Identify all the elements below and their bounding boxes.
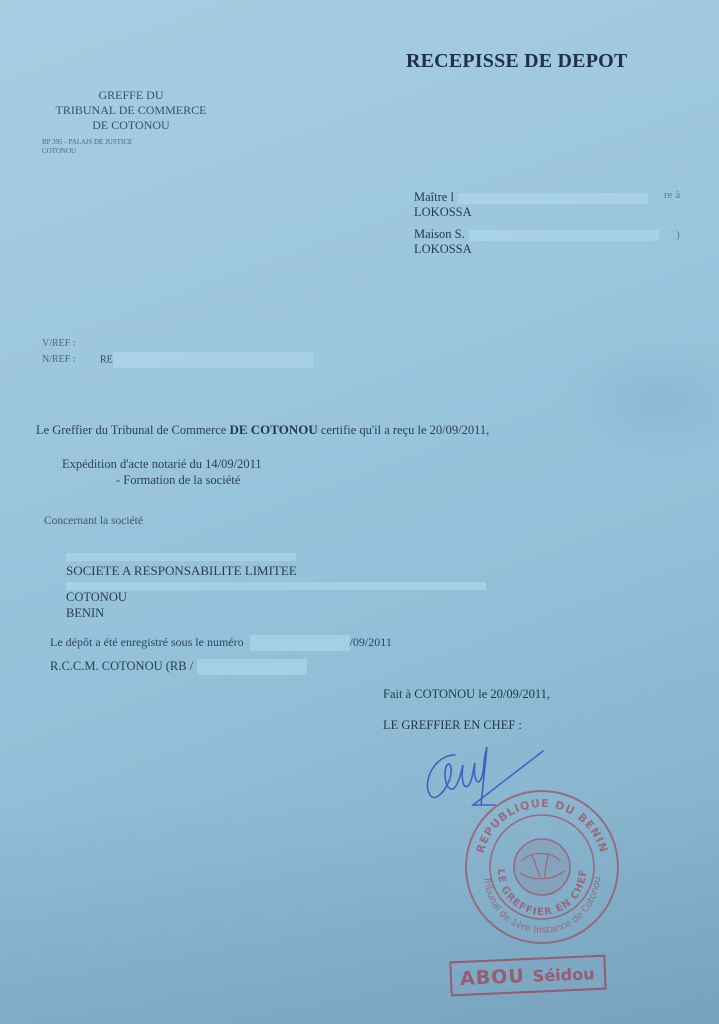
redaction [66,582,486,590]
redaction [197,659,307,675]
registration-text: Le dépôt a été enregistré sous le numéro [50,635,244,649]
company-type: SOCIETE A RESPONSABILITE LIMITEE [66,553,486,590]
deed-line: - Formation de la société [62,472,262,488]
deed-details: Expédition d'acte notarié du 14/09/2011 … [62,456,262,488]
company-country: BENIN [66,605,127,621]
recipient-line: LOKOSSA [414,242,659,257]
stamp-surname: ABOU [460,965,526,990]
issuer-line: GREFFE DU [36,88,226,103]
seal-emblem [514,839,570,895]
recipient-block: Maître l LOKOSSA Maison S. LOKOSSA [414,190,659,264]
place-date: Fait à COTONOU le 20/09/2011, [383,687,550,702]
company-city: COTONOU [66,589,127,605]
rccm-text: R.C.C.M. COTONOU (RB / [50,659,193,673]
nref-label: N/REF : [42,352,100,368]
redaction [113,352,313,368]
document-title: RECEPISSE DE DEPOT [406,50,627,73]
deed-line: Expédition d'acte notarié du 14/09/2011 [62,456,262,472]
redaction [469,230,659,241]
registration-line: Le dépôt a été enregistré sous le numéro… [50,635,392,651]
recipient-line: Maison S. [414,227,465,241]
certification-statement: Le Greffier du Tribunal de Commerce DE C… [36,422,489,438]
issuer-line: TRIBUNAL DE COMMERCE [36,103,226,118]
certification-suffix: certifie qu'il a reçu le 20/09/2011, [321,423,489,437]
certification-court: DE COTONOU [229,422,317,437]
company-location: COTONOU BENIN [66,589,127,621]
vref-label: V/REF : [42,336,100,352]
nref-value: RE [100,354,113,365]
recipient-notary: Maître l LOKOSSA [414,190,659,220]
stamp-given-name: Séidou [532,964,594,986]
recipient-line: LOKOSSA [414,205,659,220]
signatory-title: LE GREFFIER EN CHEF : [383,718,522,733]
redaction [458,193,648,204]
certification-prefix: Le Greffier du Tribunal de Commerce [36,423,226,437]
issuer-address: BP 395 - PALAIS DE JUSTICE COTONOU [42,138,132,156]
redaction [250,635,350,651]
references: V/REF : N/REF :RE [42,336,313,368]
address-line: COTONOU [42,147,132,156]
recipient-fragment: ) [676,229,680,241]
address-line: BP 395 - PALAIS DE JUSTICE [42,138,132,147]
official-seal: REPUBLIQUE DU BENIN Tribunal de 1ère Ins… [460,785,625,950]
recipient-fragment: re à [664,189,680,201]
paper-shadow [560,340,719,460]
rccm-line: R.C.C.M. COTONOU (RB / [50,659,307,675]
company-type-text: SOCIETE A RESPONSABILITE LIMITEE [66,563,297,578]
redaction [66,553,296,561]
issuer-line: DE COTONOU [36,118,226,133]
issuer-header: GREFFE DU TRIBUNAL DE COMMERCE DE COTONO… [36,88,226,133]
company-label: Concernant la société [44,515,143,527]
recipient-address: Maison S. LOKOSSA [414,227,659,257]
recipient-line: Maître l [414,190,454,204]
name-stamp: ABOUSéidou [449,955,607,997]
registration-number-suffix: /09/2011 [350,635,392,649]
